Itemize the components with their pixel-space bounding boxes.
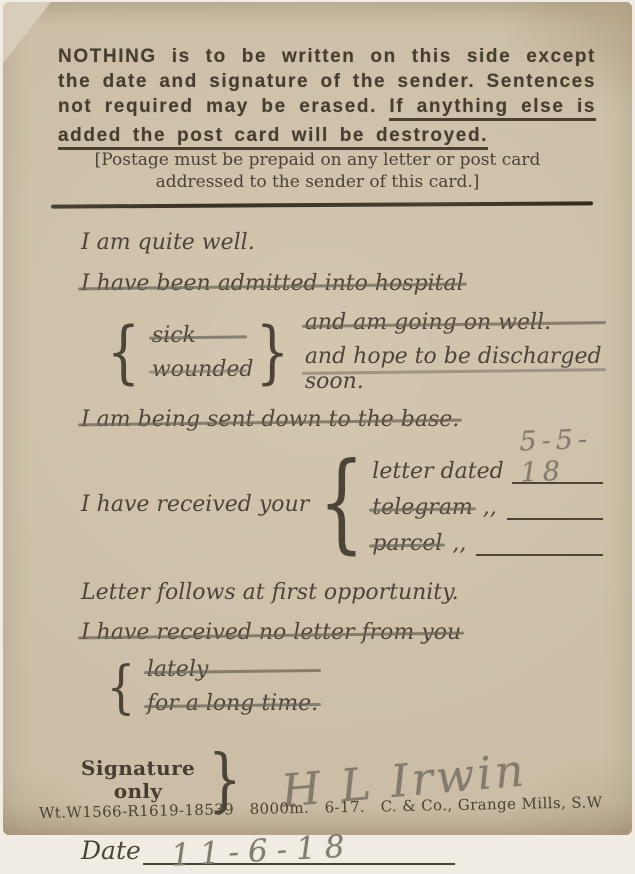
result-going-on-well-struck: and am going on well. (305, 310, 603, 335)
signature-label-line-2: only (81, 780, 195, 803)
received-label-letter: letter dated (372, 459, 503, 484)
warning-instructions: NOTHING is to be written on this side ex… (58, 44, 596, 148)
option-sick-struck: sick (152, 323, 244, 348)
field-service-postcard: NOTHING is to be written on this side ex… (3, 2, 632, 835)
received-row-parcel: parcel ,, (372, 520, 603, 556)
handwritten-date: 11-6-18 (170, 828, 354, 839)
message-body: I am quite well. I have been admitted in… (81, 226, 603, 839)
parcel-blank-line (476, 530, 603, 556)
warning-line-3-plain: not required may be erased. (58, 96, 389, 117)
horizontal-rule (51, 201, 593, 208)
ditto-mark: ,, (483, 495, 497, 520)
ditto-mark: ,, (452, 531, 466, 556)
letter-date-blank-line: 5-5-18 (512, 458, 603, 484)
warning-line-3-underlined: If anything else is (389, 96, 596, 121)
brace-left-icon: { (107, 318, 140, 386)
option-lately-struck: lately (147, 657, 318, 682)
brace-left-tall-icon: { (319, 448, 365, 556)
line-admitted-struck: I have been admitted into hospital (81, 271, 464, 297)
worn-corner-top-left (3, 2, 55, 66)
received-row-letter: letter dated 5-5-18 (372, 448, 603, 484)
option-long-time-struck: for a long time. (147, 691, 318, 716)
option-wounded-struck: wounded (152, 357, 244, 382)
received-group: I have received your { letter dated 5-5-… (81, 448, 603, 556)
signature-label: Signature only (81, 757, 195, 803)
postage-notice-line-2: addressed to the sender of this card.] (3, 171, 632, 193)
sick-wounded-group: { sick wounded } and am going on well. a… (105, 310, 603, 394)
received-label-parcel-struck: parcel (372, 531, 442, 556)
received-label-telegram-struck: telegram (372, 495, 473, 520)
warning-line-3: not required may be erased. If anything … (58, 94, 596, 119)
line-quite-well: I am quite well. (81, 230, 603, 256)
line-no-letter-struck: I have received no letter from you (81, 620, 461, 646)
received-lead: I have received your (81, 492, 309, 517)
telegram-blank-line (507, 494, 603, 520)
result-discharged-soon-struck: and hope to be discharged soon. (305, 344, 603, 394)
postage-notice: [Postage must be prepaid on any letter o… (3, 149, 632, 193)
postage-notice-line-1: [Postage must be prepaid on any letter o… (3, 149, 632, 171)
brace-left-icon: { (107, 658, 136, 716)
line-sent-to-base-struck: I am being sent down to the base. (81, 407, 459, 433)
signature-label-line-1: Signature (81, 757, 195, 780)
warning-line-4-underlined: added the post card will be destroyed. (58, 125, 488, 150)
lately-group: { lately for a long time. (105, 657, 603, 716)
line-letter-follows: Letter follows at first opportunity. (81, 580, 603, 606)
brace-right-icon: } (256, 318, 289, 386)
warning-line-4: added the post card will be destroyed. (58, 123, 596, 148)
warning-line-2: the date and signature of the sender. Se… (58, 69, 596, 94)
handwritten-letter-date: 5-5-18 (519, 424, 604, 489)
received-row-telegram: telegram ,, (372, 484, 603, 520)
warning-line-1: NOTHING is to be written on this side ex… (58, 44, 596, 69)
